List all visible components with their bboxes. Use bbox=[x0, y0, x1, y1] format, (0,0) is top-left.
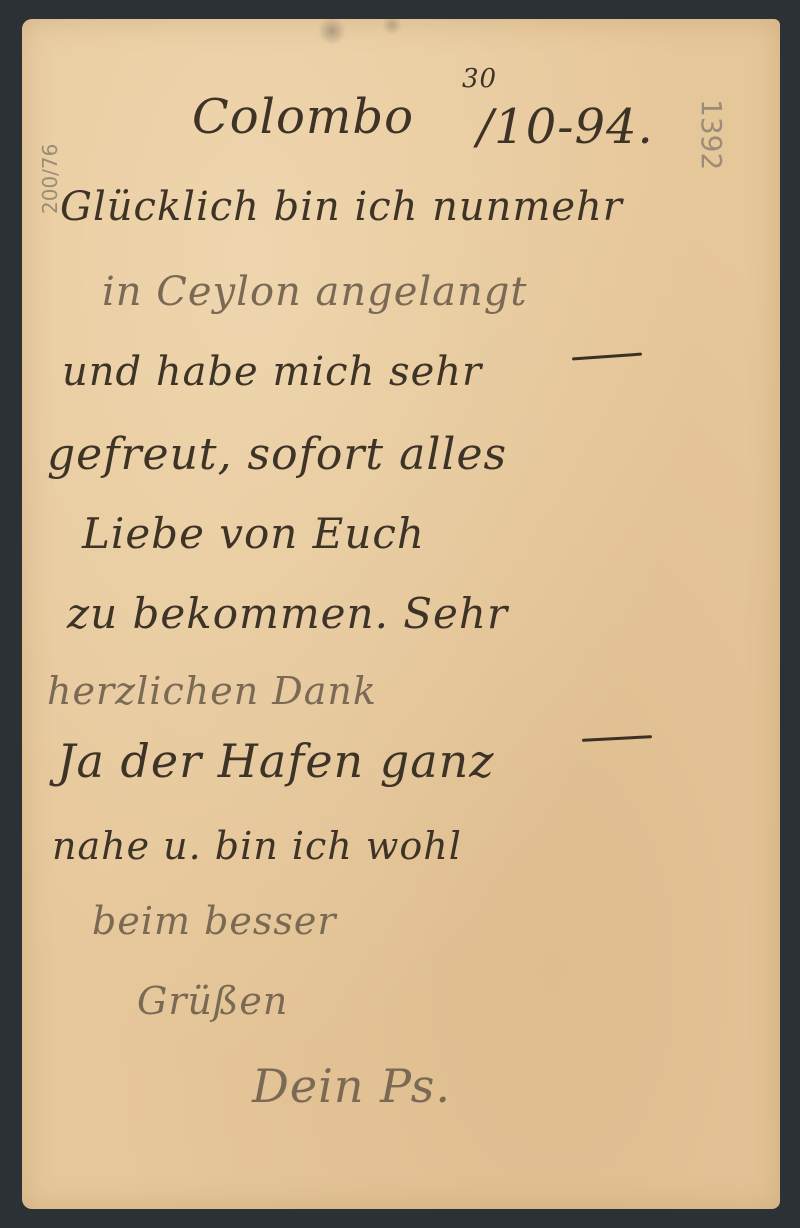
body-line-8: Ja der Hafen ganz bbox=[57, 734, 495, 788]
body-line-2: in Ceylon angelangt bbox=[102, 269, 527, 315]
body-line-11: Grüßen bbox=[137, 979, 288, 1023]
body-line-10: beim besser bbox=[92, 899, 337, 943]
signature: Dein Ps. bbox=[252, 1059, 451, 1113]
ink-stroke bbox=[572, 353, 642, 361]
body-line-6: zu bekommen. Sehr bbox=[67, 589, 508, 638]
body-line-9: nahe u. bin ich wohl bbox=[52, 824, 462, 868]
body-line-4: gefreut, sofort alles bbox=[47, 429, 507, 480]
body-line-7: herzlichen Dank bbox=[47, 669, 377, 713]
body-line-5: Liebe von Euch bbox=[82, 509, 425, 558]
body-line-1: Glücklich bin ich nunmehr bbox=[60, 184, 623, 230]
place-name: Colombo bbox=[192, 89, 414, 145]
archive-number-right: 1392 bbox=[695, 99, 728, 170]
body-line-3: und habe mich sehr bbox=[62, 349, 482, 395]
postcard: 1392 200/76 Colombo 30 /10-94. Glücklich… bbox=[22, 19, 780, 1209]
ink-stroke bbox=[582, 735, 652, 742]
date-rest: /10-94. bbox=[477, 99, 654, 155]
archive-number-left: 200/76 bbox=[38, 144, 62, 214]
date-day: 30 bbox=[462, 64, 497, 94]
